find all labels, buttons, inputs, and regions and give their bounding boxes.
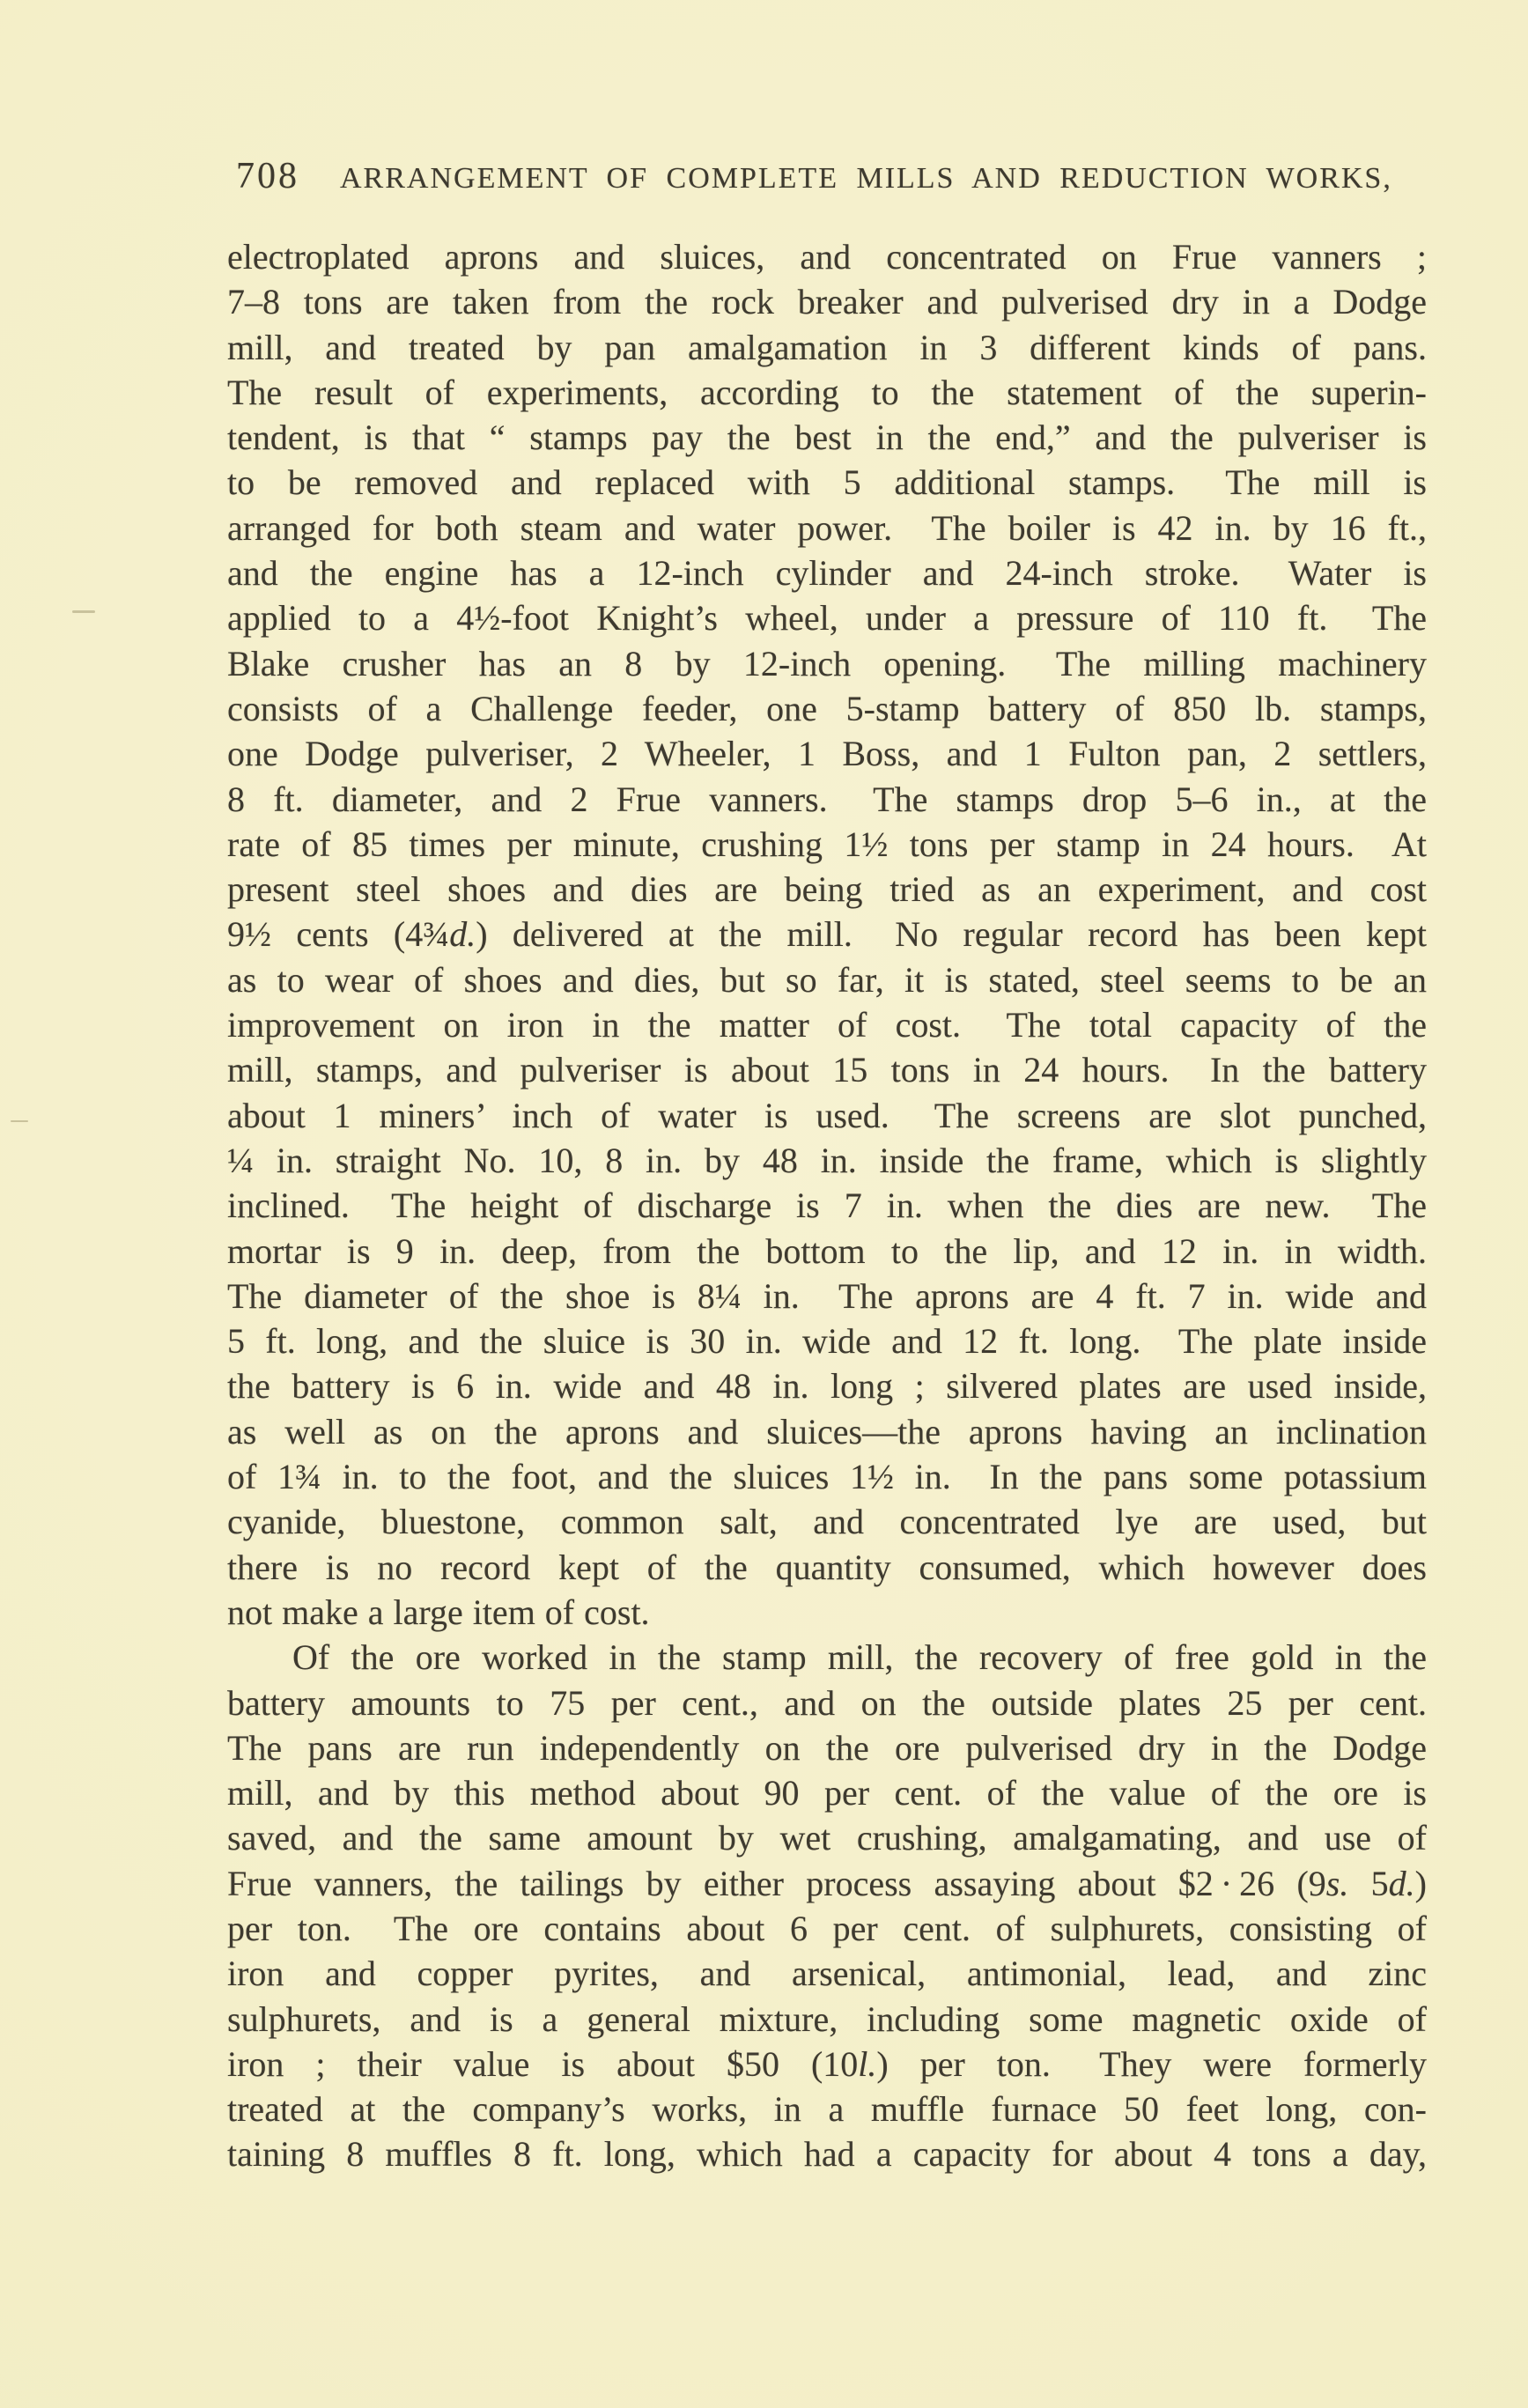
text-line: to be removed and replaced with 5 additi…: [227, 460, 1427, 505]
text-line: inclined. The height of discharge is 7 i…: [227, 1183, 1427, 1228]
text-line: 8 ft. diameter, and 2 Frue vanners. The …: [227, 777, 1427, 822]
text-line: tendent, is that “ stamps pay the best i…: [227, 415, 1427, 460]
text-line: iron and copper pyrites, and arsenical, …: [227, 1951, 1427, 1996]
text-line: battery amounts to 75 per cent., and on …: [227, 1680, 1427, 1725]
text-line: mill, and treated by pan amalgamation in…: [227, 325, 1427, 370]
text-line: The diameter of the shoe is 8¼ in. The a…: [227, 1274, 1427, 1318]
text-line: 5 ft. long, and the sluice is 30 in. wid…: [227, 1318, 1427, 1363]
text-line: 9½ cents (4¾d.) delivered at the mill. N…: [227, 912, 1427, 957]
text-line: rate of 85 times per minute, crushing 1½…: [227, 822, 1427, 867]
text-line: one Dodge pulveriser, 2 Wheeler, 1 Boss,…: [227, 731, 1427, 776]
text-line: 7–8 tons are taken from the rock breaker…: [227, 279, 1427, 324]
text-line: not make a large item of cost.: [227, 1590, 1427, 1635]
text-line: mortar is 9 in. deep, from the bottom to…: [227, 1229, 1427, 1274]
text-line: The result of experiments, according to …: [227, 370, 1427, 415]
text-line: there is no record kept of the quantity …: [227, 1545, 1427, 1590]
text-line: improvement on iron in the matter of cos…: [227, 1002, 1427, 1047]
text-line: iron ; their value is about $50 (10l.) p…: [227, 2042, 1427, 2087]
text-line: about 1 miners’ inch of water is used. T…: [227, 1093, 1427, 1138]
page-body: electroplated aprons and sluices, and co…: [227, 234, 1427, 2177]
text-line: per ton. The ore contains about 6 per ce…: [227, 1906, 1427, 1951]
text-line: taining 8 muffles 8 ft. long, which had …: [227, 2131, 1427, 2176]
text-line: treated at the company’s works, in a muf…: [227, 2087, 1427, 2131]
text-line: mill, stamps, and pulveriser is about 15…: [227, 1047, 1427, 1092]
page-number: 708: [236, 156, 299, 196]
text-line: cyanide, bluestone, common salt, and con…: [227, 1499, 1427, 1544]
text-line: sulphurets, and is a general mixture, in…: [227, 1997, 1427, 2042]
paragraph: electroplated aprons and sluices, and co…: [227, 234, 1427, 1635]
text-line: mill, and by this method about 90 per ce…: [227, 1770, 1427, 1815]
text-line: Of the ore worked in the stamp mill, the…: [227, 1635, 1427, 1680]
text-line: and the engine has a 12-inch cylinder an…: [227, 550, 1427, 595]
text-line: ¼ in. straight No. 10, 8 in. by 48 in. i…: [227, 1138, 1427, 1183]
running-header: 708ARRANGEMENT OF COMPLETE MILLS AND RED…: [227, 155, 1436, 197]
text-line: saved, and the same amount by wet crushi…: [227, 1815, 1427, 1860]
text-line: The pans are run independently on the or…: [227, 1725, 1427, 1770]
text-line: consists of a Challenge feeder, one 5-st…: [227, 686, 1427, 731]
text-line: the battery is 6 in. wide and 48 in. lon…: [227, 1363, 1427, 1408]
text-line: as to wear of shoes and dies, but so far…: [227, 957, 1427, 1002]
paper-fiber-mark: [72, 610, 95, 613]
text-line: Blake crusher has an 8 by 12-inch openin…: [227, 641, 1427, 686]
text-line: arranged for both steam and water power.…: [227, 506, 1427, 550]
text-line: Frue vanners, the tailings by either pro…: [227, 1861, 1427, 1906]
text-line: applied to a 4½-foot Knight’s wheel, und…: [227, 595, 1427, 640]
paragraph: Of the ore worked in the stamp mill, the…: [227, 1635, 1427, 2177]
running-title: ARRANGEMENT OF COMPLETE MILLS AND REDUCT…: [340, 162, 1392, 195]
text-line: of 1¾ in. to the foot, and the sluices 1…: [227, 1454, 1427, 1499]
text-line: as well as on the aprons and sluices—the…: [227, 1409, 1427, 1454]
text-line: electroplated aprons and sluices, and co…: [227, 234, 1427, 279]
text-line: present steel shoes and dies are being t…: [227, 867, 1427, 912]
book-page-scan: 708ARRANGEMENT OF COMPLETE MILLS AND RED…: [0, 0, 1528, 2408]
paper-fiber-mark: [11, 1120, 28, 1122]
